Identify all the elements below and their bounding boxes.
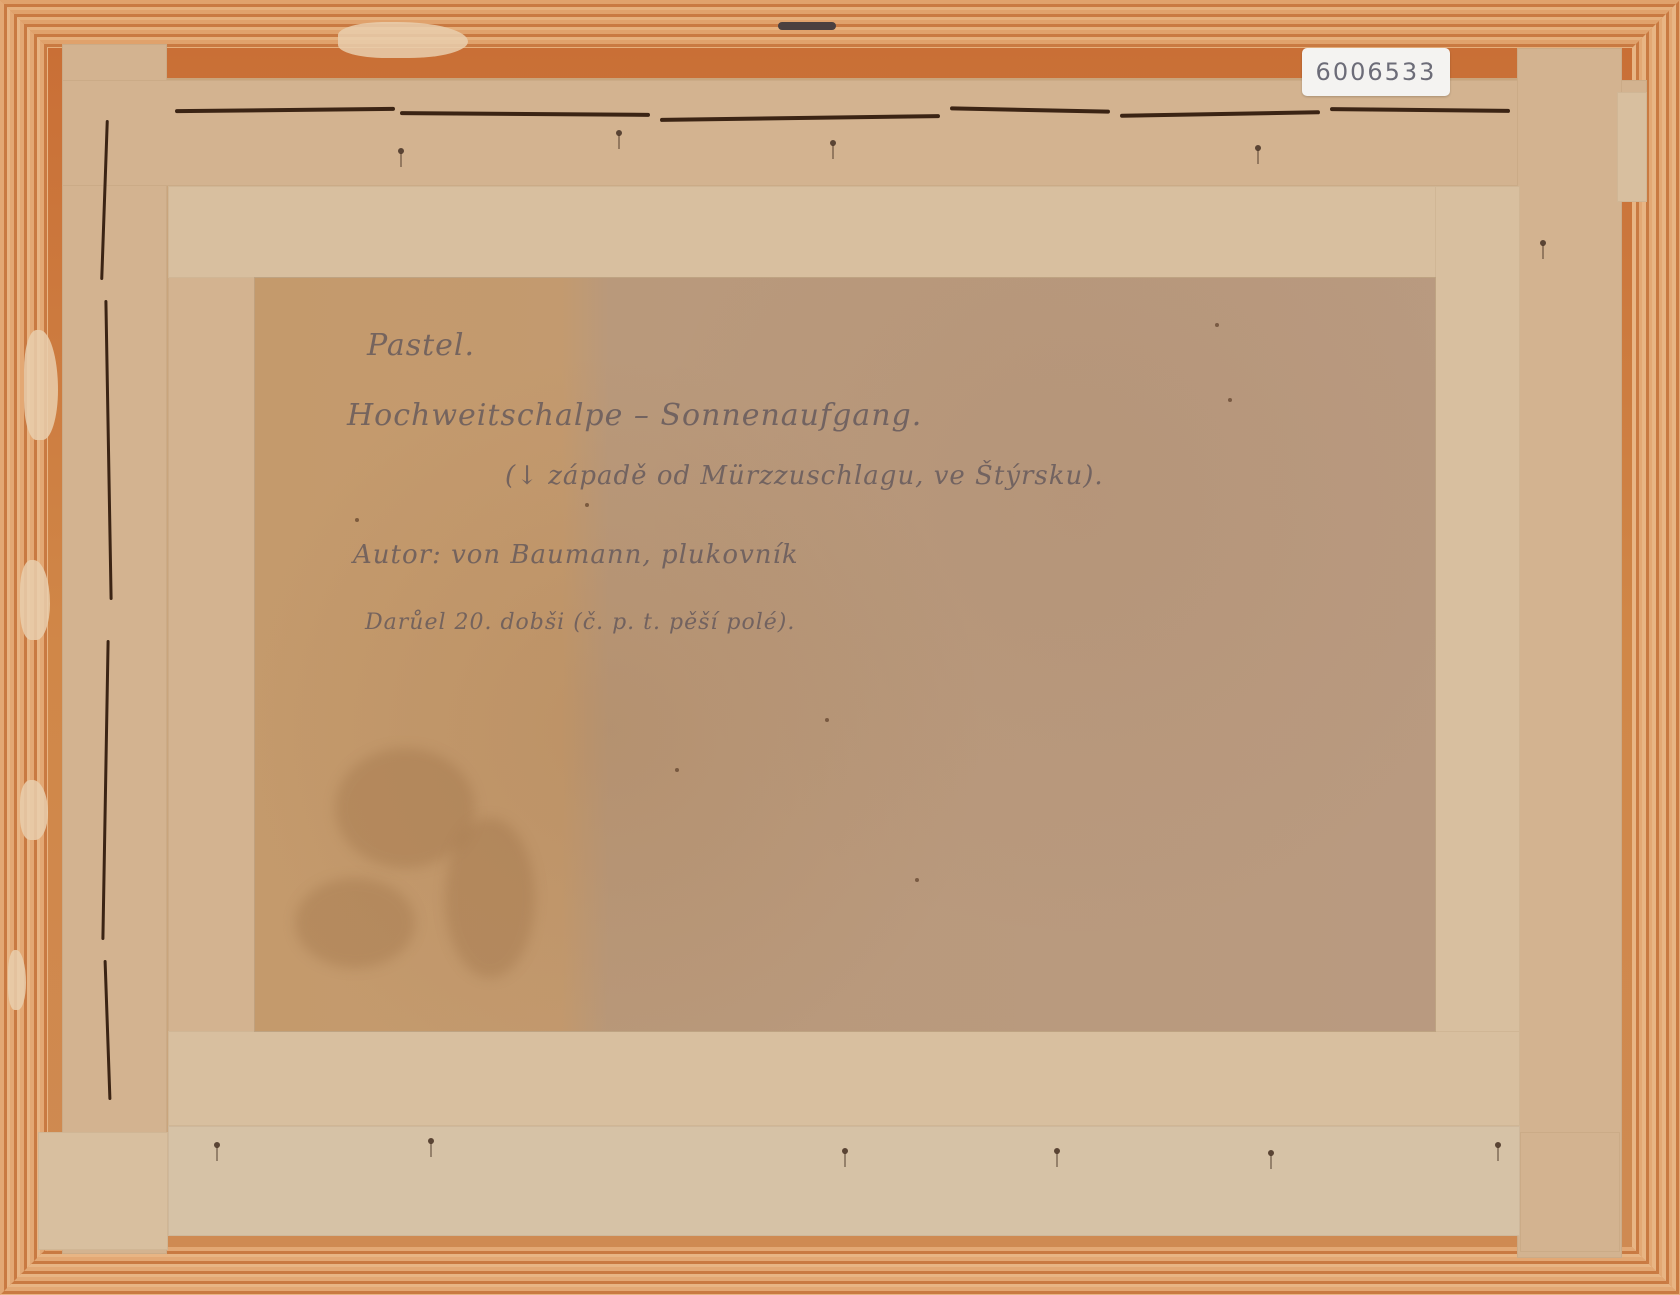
frame-left-molding xyxy=(0,0,48,1295)
nail xyxy=(1255,145,1261,151)
speck xyxy=(355,518,359,522)
nail xyxy=(830,140,836,146)
inscription-author: Autor: von Baumann, plukovník xyxy=(353,540,799,570)
nail xyxy=(214,1142,220,1148)
speck xyxy=(585,503,589,507)
tape-strip-right-outer xyxy=(1617,92,1647,202)
speck xyxy=(675,768,679,772)
nail xyxy=(842,1148,848,1154)
tape-frame-top-inner xyxy=(168,186,1520,278)
tape-strip-top-left xyxy=(62,44,167,1254)
nail xyxy=(398,148,404,154)
frame-bottom-molding xyxy=(0,1247,1680,1295)
nail xyxy=(1268,1150,1274,1156)
tape-frame-right-inner xyxy=(1435,186,1520,1126)
water-stain xyxy=(295,878,415,968)
nail xyxy=(1495,1142,1501,1148)
frame-top-molding xyxy=(0,0,1680,48)
artwork-backing-board: Pastel. Hochweitschalpe – Sonnenaufgang.… xyxy=(255,278,1435,1031)
speck xyxy=(825,718,829,722)
paper-remnant xyxy=(338,22,468,58)
speck xyxy=(915,878,919,882)
framed-artwork-back: Pastel. Hochweitschalpe – Sonnenaufgang.… xyxy=(0,0,1680,1295)
nail xyxy=(428,1138,434,1144)
tape-frame-bottom-inner xyxy=(168,1031,1520,1126)
nail xyxy=(1540,240,1546,246)
inventory-label: 6006533 xyxy=(1302,48,1450,96)
inscription-title: Hochweitschalpe – Sonnenaufgang. xyxy=(347,398,922,433)
tape-strip-bottom-right xyxy=(1520,1132,1620,1252)
hanger-hook xyxy=(778,22,836,30)
speck xyxy=(1215,323,1219,327)
tape-strip-bottom-left xyxy=(38,1132,168,1250)
inscription-medium: Pastel. xyxy=(367,328,475,363)
inscription-donor: Darůel 20. dobši (č. p. t. pěší polé). xyxy=(365,610,795,635)
nail xyxy=(616,130,622,136)
speck xyxy=(1228,398,1232,402)
inventory-number: 6006533 xyxy=(1316,58,1437,86)
inscription-location: (↓ západě od Mürzzuschlagu, ve Štýrsku). xyxy=(505,461,1104,491)
water-stain xyxy=(445,818,535,978)
tape-strip-bottom xyxy=(168,1126,1520,1236)
nail xyxy=(1054,1148,1060,1154)
tape-strip-right xyxy=(1517,48,1622,1258)
